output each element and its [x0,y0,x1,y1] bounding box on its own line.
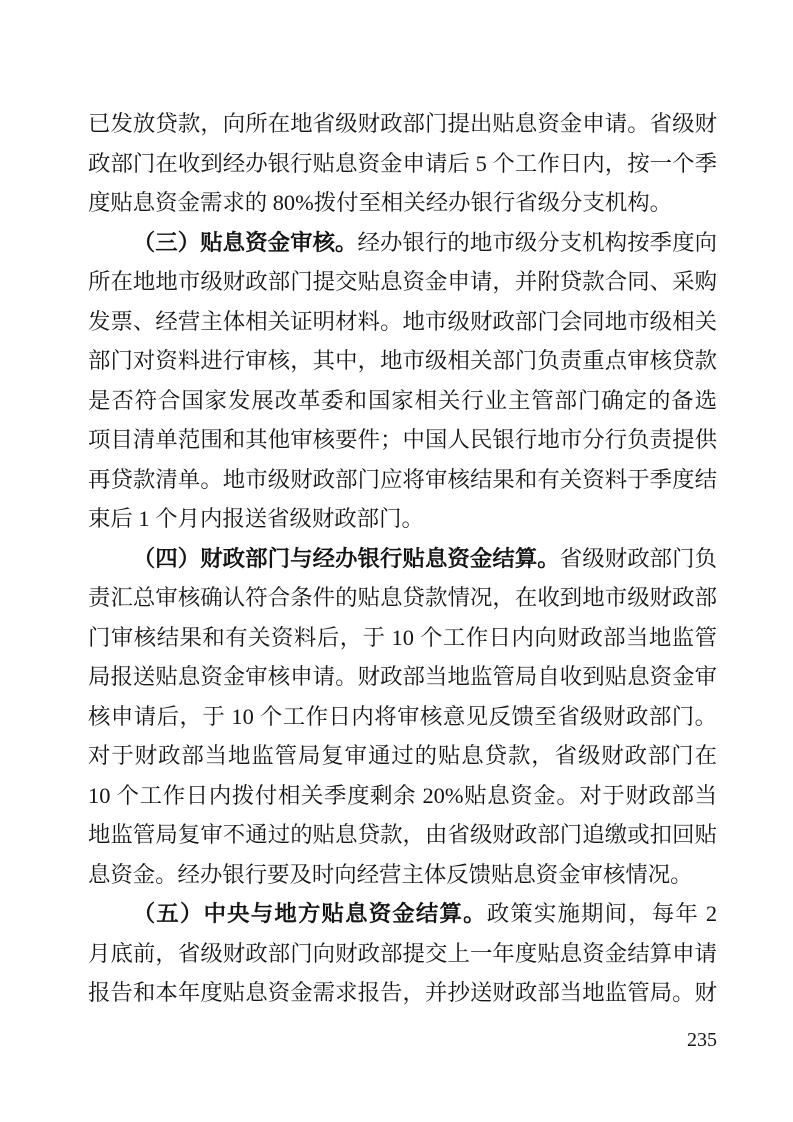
line-text: 息资金。经办银行要及时向经营主体反馈贴息资金审核情况。 [88,862,693,887]
line-text: 门审核结果和有关资料后，于 10 个工作日内向财政部当地监管 [88,625,717,650]
line-text: 政策实施期间，每年 2 [487,901,717,926]
line-text: 已发放贷款，向所在地省级财政部门提出贴息资金申请。省级财 [88,111,717,136]
text-line: 报告和本年度贴息资金需求报告，并抄送财政部当地监管局。财 [88,973,717,1013]
text-line: 度贴息资金需求的 80%拨付至相关经办银行省级分支机构。 [88,183,717,223]
line-text: 再贷款清单。地市级财政部门应将审核结果和有关资料于季度结 [88,467,717,492]
line-text: 度贴息资金需求的 80%拨付至相关经办银行省级分支机构。 [88,190,672,215]
section-heading: （五）中央与地方贴息资金结算。 [133,901,487,926]
text-line: 政部门在收到经办银行贴息资金申请后 5 个工作日内，按一个季 [88,144,717,184]
text-line: 地监管局复审不通过的贴息贷款，由省级财政部门追缴或扣回贴 [88,815,717,855]
line-text: 报告和本年度贴息资金需求报告，并抄送财政部当地监管局。财 [88,980,717,1005]
line-text: 项目清单范围和其他审核要件；中国人民银行地市分行负责提供 [88,427,717,452]
line-text: 所在地地市级财政部门提交贴息资金申请，并附贷款合同、采购 [88,269,717,294]
section-heading-line-5: （五）中央与地方贴息资金结算。政策实施期间，每年 2 [88,894,717,934]
line-text: 核申请后，于 10 个工作日内将审核意见反馈至省级财政部门。 [88,704,717,729]
text-line: 再贷款清单。地市级财政部门应将审核结果和有关资料于季度结 [88,460,717,500]
line-text: 束后 1 个月内报送省级财政部门。 [88,506,424,531]
document-body: 已发放贷款，向所在地省级财政部门提出贴息资金申请。省级财 政部门在收到经办银行贴… [88,104,717,1013]
section-heading-line-4: （四）财政部门与经办银行贴息资金结算。省级财政部门负 [88,539,717,579]
text-line: 门审核结果和有关资料后，于 10 个工作日内向财政部当地监管 [88,618,717,658]
text-line: 核申请后，于 10 个工作日内将审核意见反馈至省级财政部门。 [88,697,717,737]
text-line: 月底前，省级财政部门向财政部提交上一年度贴息资金结算申请 [88,934,717,974]
line-text: 10 个工作日内拨付相关季度剩余 20%贴息资金。对于财政部当 [88,783,717,808]
text-line: 已发放贷款，向所在地省级财政部门提出贴息资金申请。省级财 [88,104,717,144]
text-line: 发票、经营主体相关证明材料。地市级财政部门会同地市级相关 [88,302,717,342]
text-line: 所在地地市级财政部门提交贴息资金申请，并附贷款合同、采购 [88,262,717,302]
line-text: 部门对资料进行审核，其中，地市级相关部门负责重点审核贷款 [88,348,717,373]
section-heading: （三）贴息资金审核。 [133,230,358,255]
text-line: 10 个工作日内拨付相关季度剩余 20%贴息资金。对于财政部当 [88,776,717,816]
line-text: 政部门在收到经办银行贴息资金申请后 5 个工作日内，按一个季 [88,151,717,176]
text-line: 部门对资料进行审核，其中，地市级相关部门负责重点审核贷款 [88,341,717,381]
section-heading: （四）财政部门与经办银行贴息资金结算。 [133,546,560,571]
text-line: 是否符合国家发展改革委和国家相关行业主管部门确定的备选 [88,381,717,421]
page-number: 235 [88,1028,717,1052]
line-text: 责汇总审核确认符合条件的贴息贷款情况，在收到地市级财政部 [88,585,717,610]
line-text: 经办银行的地市级分支机构按季度向 [358,230,717,255]
line-text: 地监管局复审不通过的贴息贷款，由省级财政部门追缴或扣回贴 [88,822,717,847]
line-text: 省级财政部门负 [560,546,717,571]
line-text: 发票、经营主体相关证明材料。地市级财政部门会同地市级相关 [88,309,717,334]
text-line: 对于财政部当地监管局复审通过的贴息贷款，省级财政部门在 [88,736,717,776]
text-line: 责汇总审核确认符合条件的贴息贷款情况，在收到地市级财政部 [88,578,717,618]
line-text: 月底前，省级财政部门向财政部提交上一年度贴息资金结算申请 [88,941,717,966]
line-text: 局报送贴息资金审核申请。财政部当地监管局自收到贴息资金审 [88,664,717,689]
line-text: 对于财政部当地监管局复审通过的贴息贷款，省级财政部门在 [88,743,717,768]
line-text: 是否符合国家发展改革委和国家相关行业主管部门确定的备选 [88,388,717,413]
section-heading-line-3: （三）贴息资金审核。经办银行的地市级分支机构按季度向 [88,223,717,263]
text-line: 束后 1 个月内报送省级财政部门。 [88,499,717,539]
text-line: 息资金。经办银行要及时向经营主体反馈贴息资金审核情况。 [88,855,717,895]
document-page: 已发放贷款，向所在地省级财政部门提出贴息资金申请。省级财 政部门在收到经办银行贴… [0,0,793,1122]
text-line: 局报送贴息资金审核申请。财政部当地监管局自收到贴息资金审 [88,657,717,697]
text-line: 项目清单范围和其他审核要件；中国人民银行地市分行负责提供 [88,420,717,460]
